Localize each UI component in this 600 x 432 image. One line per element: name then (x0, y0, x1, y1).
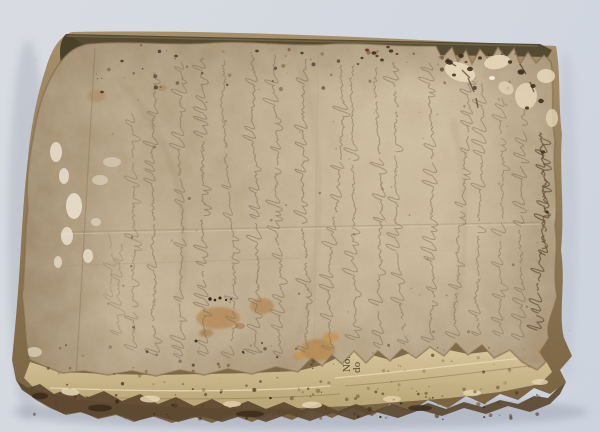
speck (166, 414, 167, 415)
speck (498, 182, 501, 185)
speck (425, 396, 427, 398)
speck (133, 367, 134, 368)
rust-stain (199, 329, 213, 337)
speck (122, 285, 124, 287)
speck (312, 62, 316, 66)
speck (217, 363, 220, 366)
speck (416, 391, 417, 392)
speck (536, 394, 538, 396)
speck (298, 293, 300, 295)
dark-red-spot (365, 49, 369, 52)
speck (279, 87, 283, 91)
deep-shadow-jag (32, 393, 48, 400)
speck (440, 67, 444, 71)
speck (171, 404, 174, 407)
speck (166, 50, 167, 51)
speck (132, 326, 135, 329)
speck (319, 380, 322, 383)
speck (443, 81, 446, 84)
speck (385, 417, 387, 419)
ink-blot (225, 299, 227, 301)
speck (442, 419, 443, 420)
speck (74, 395, 77, 398)
speck (250, 344, 253, 347)
speck (158, 50, 161, 53)
speck (428, 386, 430, 388)
speck (510, 101, 511, 102)
dark-red-spot (386, 46, 390, 49)
speck (333, 363, 334, 364)
speck (276, 356, 278, 358)
speck (397, 383, 400, 386)
speck (393, 399, 395, 401)
speck (273, 414, 274, 415)
speck (259, 380, 262, 383)
speck (174, 404, 178, 408)
speck (423, 137, 424, 138)
speck (379, 416, 381, 418)
torn-paper-chunk (532, 379, 548, 385)
speck (59, 347, 62, 350)
speck (442, 344, 443, 345)
speck (503, 381, 507, 385)
speck (440, 56, 444, 60)
speck (174, 58, 176, 60)
speck (218, 365, 221, 368)
speck (435, 414, 440, 419)
speck (505, 104, 508, 107)
speck (537, 242, 538, 243)
speck (422, 370, 425, 373)
speck (443, 349, 445, 351)
speck (224, 120, 227, 123)
speck (299, 131, 301, 133)
speck (321, 392, 322, 393)
speck (348, 158, 350, 160)
speck (285, 204, 287, 206)
speck (192, 370, 195, 373)
speck (228, 301, 231, 304)
speck (411, 288, 412, 289)
deep-shadow-jag (408, 405, 432, 411)
speck (488, 347, 490, 349)
speck (33, 413, 36, 416)
speck (202, 68, 203, 69)
speck (155, 354, 158, 357)
speck (307, 388, 309, 390)
speck (124, 77, 125, 78)
torn-paper-chunk (302, 402, 322, 409)
speck (382, 369, 386, 373)
speck (348, 311, 349, 312)
speck (312, 368, 313, 369)
speck (476, 402, 480, 406)
speck (406, 62, 407, 63)
speck (258, 89, 259, 90)
speck (96, 73, 97, 74)
speck (206, 101, 208, 103)
speck (489, 413, 493, 417)
speck (382, 188, 384, 190)
printed-fragment-no: No. (343, 356, 353, 372)
speck (535, 412, 539, 416)
speck (112, 133, 115, 136)
speck (182, 383, 184, 385)
speck (398, 365, 399, 366)
speck (101, 389, 102, 390)
speck (196, 230, 198, 232)
speck (97, 78, 98, 79)
worm-hole (361, 57, 364, 59)
speck (442, 359, 445, 362)
worm-hole (538, 99, 544, 103)
worm-hole (389, 49, 393, 52)
speck (356, 394, 360, 398)
ink-blot (195, 340, 198, 343)
speck (153, 413, 155, 415)
speck (446, 294, 448, 296)
speck (496, 386, 500, 390)
speck (391, 186, 393, 188)
speck (66, 384, 68, 386)
speck (330, 74, 332, 76)
speck (437, 404, 438, 405)
speck (327, 381, 330, 384)
speck (77, 397, 80, 400)
speck (178, 359, 181, 362)
speck (101, 78, 102, 79)
speck (115, 394, 118, 397)
worm-hole (255, 50, 259, 53)
speck (298, 388, 299, 389)
speck (278, 370, 280, 372)
dark-red-spot (357, 63, 360, 65)
speck (493, 364, 495, 366)
speck (192, 364, 195, 367)
speck (132, 72, 135, 75)
ink-blot (261, 342, 263, 344)
speck (310, 59, 312, 61)
speck (431, 127, 433, 129)
speck (202, 388, 206, 392)
speck (243, 349, 244, 350)
speck (310, 396, 312, 398)
speck (221, 398, 222, 399)
speck (523, 348, 525, 350)
speck (480, 388, 481, 389)
white-scuff (66, 193, 82, 219)
ink-blot (208, 297, 211, 300)
speck (201, 72, 204, 75)
speck (312, 393, 315, 396)
speck (539, 203, 542, 206)
dark-red-spot (465, 61, 468, 63)
speck (409, 214, 411, 216)
speck (295, 347, 298, 350)
rust-stain (157, 85, 167, 91)
worm-hole (467, 67, 473, 71)
speck (509, 414, 512, 417)
worm-hole (120, 60, 123, 63)
speck (192, 388, 194, 390)
speck (260, 213, 261, 214)
worm-hole (380, 59, 384, 62)
speck (411, 388, 412, 389)
speck (537, 396, 540, 399)
speck (431, 354, 434, 357)
speck (417, 393, 420, 396)
speck (321, 52, 324, 55)
speck (374, 390, 377, 393)
speck (373, 112, 375, 114)
speck (198, 348, 199, 349)
speck (316, 389, 320, 393)
ink-blot (219, 297, 222, 300)
speck (250, 52, 251, 53)
white-scuff (91, 218, 101, 226)
speck (312, 359, 316, 363)
speck (483, 402, 486, 405)
worm-hole (174, 55, 177, 58)
white-scuff (92, 175, 108, 185)
speck (290, 396, 294, 400)
speck (272, 80, 274, 82)
speck (462, 387, 465, 390)
worm-hole (525, 106, 529, 109)
white-scuff (83, 249, 93, 263)
speck (226, 84, 228, 86)
speck (263, 347, 266, 350)
speck (526, 305, 529, 308)
deep-shadow-jag (236, 411, 264, 417)
speck (483, 416, 485, 418)
speck (528, 366, 530, 368)
speck (357, 415, 359, 417)
speck (281, 64, 285, 68)
speck (498, 98, 500, 100)
worm-hole (530, 84, 535, 88)
speck (109, 345, 112, 348)
speck (278, 411, 279, 412)
speck (400, 366, 401, 367)
speck (138, 374, 142, 378)
speck (260, 351, 262, 353)
speck (432, 397, 434, 399)
worm-hole (300, 52, 303, 55)
speck (367, 387, 370, 390)
dark-red-spot (396, 53, 399, 55)
worm-hole (545, 211, 549, 214)
speck (222, 50, 225, 53)
speck (509, 372, 510, 373)
speck (228, 73, 232, 77)
white-scuff (59, 168, 69, 184)
speck (413, 53, 415, 55)
speck (425, 392, 428, 395)
speck (294, 396, 295, 397)
speck (473, 390, 476, 393)
speck (107, 303, 109, 305)
speck (287, 72, 288, 73)
speck (321, 86, 325, 90)
speck (130, 265, 132, 267)
speck (54, 401, 57, 404)
torn-paper-chunk (463, 390, 481, 396)
worm-hole (478, 56, 482, 59)
speck (131, 236, 133, 238)
speck (367, 407, 371, 411)
speck (463, 105, 465, 107)
speck (400, 402, 402, 404)
speck (404, 370, 405, 371)
speck (475, 251, 476, 252)
worm-hole (100, 91, 104, 94)
speck (269, 397, 271, 399)
speck (385, 221, 386, 222)
speck (108, 398, 109, 399)
speck (270, 219, 273, 222)
speck (175, 394, 176, 395)
speck (276, 377, 278, 379)
speck (334, 309, 335, 310)
worm-hole (518, 69, 525, 74)
speck (86, 396, 88, 398)
speck (107, 68, 111, 72)
worm-hole (452, 74, 456, 77)
speck (483, 406, 485, 408)
photo-of-old-book: No. do (0, 0, 600, 432)
ink-blot (230, 298, 232, 300)
speck (319, 192, 321, 194)
speck (354, 397, 357, 400)
speck (65, 344, 67, 346)
printed-fragment-do: do (353, 362, 363, 373)
speck (345, 397, 349, 401)
speck (246, 417, 248, 419)
speck (124, 418, 125, 419)
speck (353, 412, 356, 415)
speck (335, 148, 337, 150)
speck (204, 393, 207, 396)
speck (368, 80, 371, 83)
speck (231, 297, 233, 299)
torn-paper-chunk (383, 396, 401, 402)
speck (432, 330, 435, 333)
speck (428, 398, 431, 401)
speck (69, 367, 72, 370)
speck (153, 146, 156, 149)
speck (267, 44, 268, 45)
speck (507, 125, 509, 127)
speck (432, 205, 433, 206)
speck (441, 395, 443, 397)
speck (398, 389, 400, 391)
dark-red-spot (488, 54, 491, 56)
speck (496, 401, 500, 405)
speck (482, 370, 485, 373)
speck (274, 67, 278, 71)
white-scuff (50, 142, 62, 162)
speck (508, 368, 512, 372)
rust-stain (293, 352, 305, 360)
speck (47, 367, 50, 370)
speck (387, 370, 389, 372)
speck (252, 388, 256, 392)
speck (200, 150, 201, 151)
speck (271, 345, 273, 347)
speck (145, 370, 148, 373)
speck (58, 373, 60, 375)
speck (227, 364, 230, 367)
speck (220, 392, 222, 394)
speck (82, 354, 85, 357)
speck (451, 360, 453, 362)
speck (286, 64, 287, 65)
speck (176, 81, 180, 85)
speck (376, 50, 378, 52)
speck (337, 59, 340, 62)
speck (302, 391, 304, 393)
paper-fleck (489, 76, 495, 80)
ink-blot (242, 351, 244, 353)
white-scuff (103, 157, 121, 167)
torn-patch (537, 69, 555, 83)
speck (245, 385, 247, 387)
speck (171, 239, 173, 241)
speck (198, 417, 202, 421)
speck (138, 99, 139, 100)
speck (437, 347, 438, 348)
speck (288, 48, 291, 51)
worm-hole (458, 54, 464, 58)
speck (319, 417, 322, 420)
speck (311, 364, 313, 366)
speck (419, 294, 421, 296)
speck (419, 112, 420, 113)
speck (437, 114, 439, 116)
speck (353, 233, 356, 236)
speck (467, 330, 470, 333)
speck (140, 44, 142, 46)
ink-blot (214, 299, 217, 302)
speck (333, 121, 334, 122)
speck (285, 55, 286, 56)
speck (499, 415, 500, 416)
dark-red-spot (375, 55, 378, 57)
speck (377, 388, 379, 390)
speck (153, 74, 157, 78)
speck (153, 383, 155, 385)
speck (163, 381, 165, 383)
speck (391, 381, 392, 382)
speck (168, 417, 169, 418)
speck (427, 258, 429, 260)
speck (188, 197, 191, 200)
speck (186, 66, 188, 68)
speck (121, 382, 124, 385)
speck (298, 389, 301, 392)
speck (514, 53, 516, 55)
speck (477, 356, 480, 359)
speck (515, 391, 518, 394)
torn-paper-chunk (223, 401, 241, 407)
torn-patch (546, 109, 558, 127)
speck (160, 86, 162, 88)
speck (387, 344, 390, 347)
speck (115, 399, 119, 403)
speck (438, 56, 440, 58)
worm-hole (541, 150, 545, 153)
